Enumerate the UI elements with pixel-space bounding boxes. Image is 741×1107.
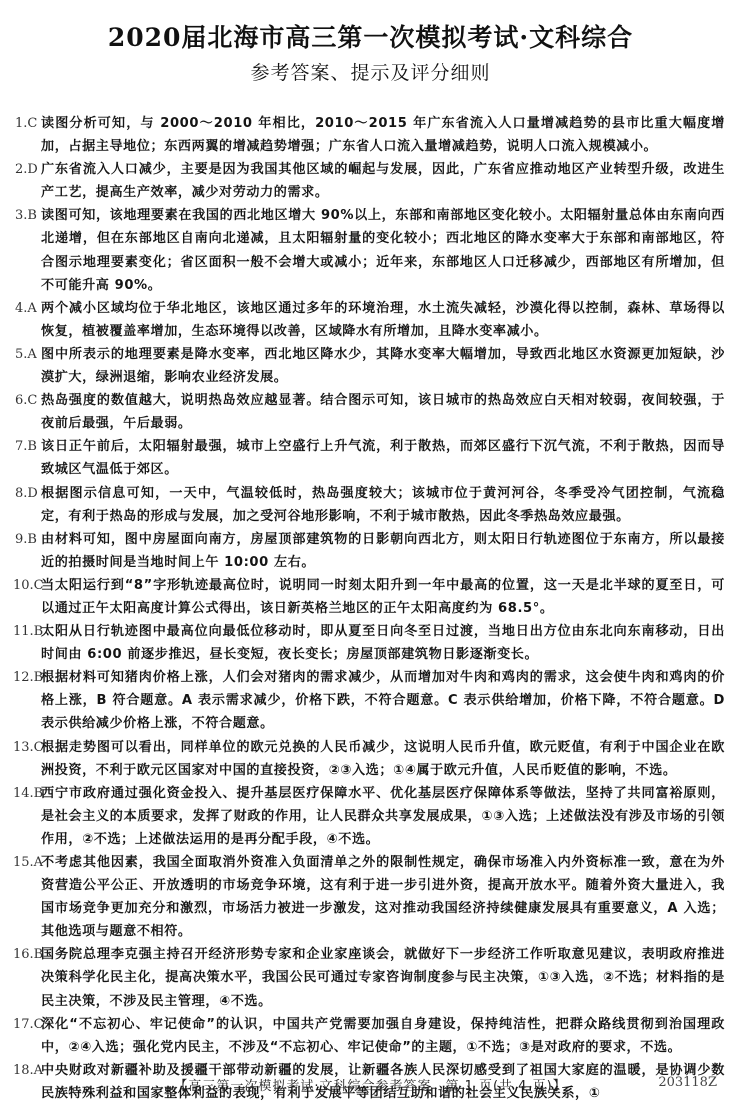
answer-number: 1.C — [15, 112, 37, 135]
answer-item-8: 8.D根据图示信息可知，一天中，气温较低时，热岛强度较大；该城市位于黄河河谷，冬… — [17, 482, 725, 528]
answer-item-3: 3.B读图可知，该地理要素在我国的西北地区增大 90%以上，东部和南部地区变化较… — [17, 204, 725, 296]
answer-explanation: 两个减小区域均位于华北地区，该地区通过多年的环境治理，水土流失减轻，沙漠化得以控… — [41, 301, 725, 339]
answer-item-4: 4.A两个减小区域均位于华北地区，该地区通过多年的环境治理，水土流失减轻，沙漠化… — [17, 297, 725, 343]
answer-explanation: 不考虑其他因素，我国全面取消外资准入负面清单之外的限制性规定，确保市场准入内外资… — [41, 855, 725, 939]
answer-item-12: 12.B根据材料可知猪肉价格上涨，人们会对猪肉的需求减少，从而增加对牛肉和鸡肉的… — [17, 666, 725, 735]
answer-item-15: 15.A不考虑其他因素，我国全面取消外资准入负面清单之外的限制性规定，确保市场准… — [17, 851, 725, 943]
answer-number: 9.B — [15, 528, 37, 551]
answer-item-13: 13.C根据走势图可以看出，同样单位的欧元兑换的人民币减少，这说明人民币升值，欧… — [17, 736, 725, 782]
answer-number: 16.B — [13, 943, 43, 966]
answer-explanation: 根据图示信息可知，一天中，气温较低时，热岛强度较大；该城市位于黄河河谷，冬季受冷… — [41, 486, 725, 524]
answer-explanation: 根据走势图可以看出，同样单位的欧元兑换的人民币减少，这说明人民币升值，欧元贬值，… — [41, 740, 725, 778]
answer-item-17: 17.C深化“不忘初心、牢记使命”的认识，中国共产党需要加强自身建设，保持纯洁性… — [17, 1013, 725, 1059]
answer-explanation: 根据材料可知猪肉价格上涨，人们会对猪肉的需求减少，从而增加对牛肉和鸡肉的需求，这… — [41, 670, 725, 731]
answer-number: 7.B — [15, 435, 37, 458]
answer-explanation: 广东省流入人口减少，主要是因为我国其他区域的崛起与发展，因此，广东省应推动地区产… — [41, 162, 725, 200]
answer-number: 12.B — [13, 666, 43, 689]
answer-item-10: 10.C当太阳运行到“8”字形轨迹最高位时，说明同一时刻太阳升到一年中最高的位置… — [17, 574, 725, 620]
answer-number: 15.A — [13, 851, 43, 874]
answer-number: 8.D — [15, 482, 38, 505]
answer-item-2: 2.D广东省流入人口减少，主要是因为我国其他区域的崛起与发展，因此，广东省应推动… — [17, 158, 725, 204]
answer-explanation: 读图分析可知，与 2000～2010 年相比，2010～2015 年广东省流入人… — [41, 116, 725, 154]
answer-explanation: 由材料可知，图中房屋面向南方，房屋顶部建筑物的日影朝向西北方，则太阳日行轨迹图位… — [41, 532, 725, 570]
answer-explanation: 深化“不忘初心、牢记使命”的认识，中国共产党需要加强自身建设，保持纯洁性，把群众… — [41, 1017, 725, 1055]
answer-explanation: 热岛强度的数值越大，说明热岛效应越显著。结合图示可知，该日城市的热岛效应白天相对… — [41, 393, 725, 431]
answer-item-16: 16.B国务院总理李克强主持召开经济形势专家和企业家座谈会，就做好下一步经济工作… — [17, 943, 725, 1012]
answer-number: 13.C — [13, 736, 44, 759]
answer-item-7: 7.B该日正午前后，太阳辐射最强，城市上空盛行上升气流，利于散热，而郊区盛行下沉… — [17, 435, 725, 481]
answer-explanation: 太阳从日行轨迹图中最高位向最低位移动时，即从夏至日向冬至日过渡，当地日出方位由东… — [41, 624, 725, 662]
answer-explanation: 图中所表示的地理要素是降水变率，西北地区降水少，其降水变率大幅增加，导致西北地区… — [41, 347, 725, 385]
page-label: 【高三第一次模拟考试·文科综合参考答案 第 1 页(共 4 页)】 — [0, 1075, 741, 1094]
answer-explanation: 国务院总理李克强主持召开经济形势专家和企业家座谈会，就做好下一步经济工作听取意见… — [41, 947, 725, 1008]
answer-number: 5.A — [15, 343, 37, 366]
answer-item-5: 5.A图中所表示的地理要素是降水变率，西北地区降水少，其降水变率大幅增加，导致西… — [17, 343, 725, 389]
document-code: 203118Z — [658, 1075, 717, 1090]
answer-item-6: 6.C热岛强度的数值越大，说明热岛效应越显著。结合图示可知，该日城市的热岛效应白… — [17, 389, 725, 435]
answer-explanation: 西宁市政府通过强化资金投入、提升基层医疗保障水平、优化基层医疗保障体系等做法，坚… — [41, 786, 725, 847]
answer-item-1: 1.C读图分析可知，与 2000～2010 年相比，2010～2015 年广东省… — [17, 112, 725, 158]
answer-explanation: 读图可知，该地理要素在我国的西北地区增大 90%以上，东部和南部地区变化较小。太… — [41, 208, 725, 292]
answer-number: 14.B — [13, 782, 43, 805]
answer-number: 11.B — [13, 620, 43, 643]
answer-explanation: 当太阳运行到“8”字形轨迹最高位时，说明同一时刻太阳升到一年中最高的位置，这一天… — [41, 578, 725, 616]
document-title: 2020届北海市高三第一次模拟考试·文科综合 — [0, 18, 741, 54]
answer-item-9: 9.B由材料可知，图中房屋面向南方，房屋顶部建筑物的日影朝向西北方，则太阳日行轨… — [17, 528, 725, 574]
answer-number: 2.D — [15, 158, 38, 181]
answer-number: 17.C — [13, 1013, 44, 1036]
answer-item-11: 11.B太阳从日行轨迹图中最高位向最低位移动时，即从夏至日向冬至日过渡，当地日出… — [17, 620, 725, 666]
document-subtitle: 参考答案、提示及评分细则 — [0, 58, 741, 85]
answer-explanation: 该日正午前后，太阳辐射最强，城市上空盛行上升气流，利于散热，而郊区盛行下沉气流，… — [41, 439, 725, 477]
answer-number: 4.A — [15, 297, 37, 320]
answer-list: 1.C读图分析可知，与 2000～2010 年相比，2010～2015 年广东省… — [17, 112, 725, 1105]
answer-item-14: 14.B西宁市政府通过强化资金投入、提升基层医疗保障水平、优化基层医疗保障体系等… — [17, 782, 725, 851]
answer-number: 10.C — [13, 574, 44, 597]
answer-number: 3.B — [15, 204, 37, 227]
answer-number: 6.C — [15, 389, 37, 412]
